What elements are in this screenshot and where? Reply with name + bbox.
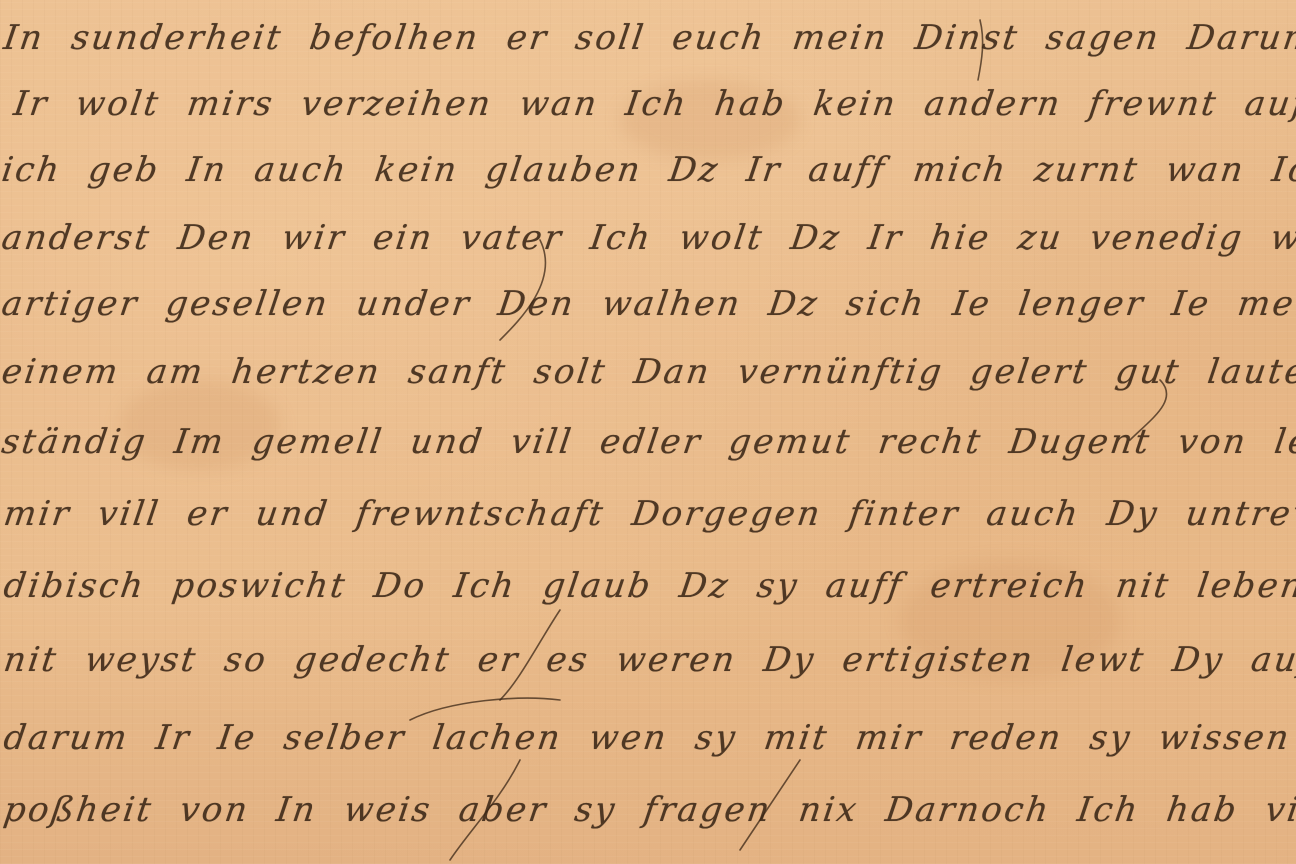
manuscript-line-7: ständig Im gemell und vill edler gemut r…: [0, 422, 1296, 462]
manuscript-line-11: darum Ir Ie selber lachen wen sy mit mir…: [1, 718, 1296, 758]
manuscript-line-1: In sunderheit befolhen er soll euch mein…: [1, 18, 1296, 58]
manuscript-page: In sunderheit befolhen er soll euch mein…: [0, 0, 1296, 864]
manuscript-line-5: artiger gesellen under Den walhen Dz sic…: [0, 284, 1296, 324]
manuscript-line-6: einem am hertzen sanft solt Dan vernünft…: [0, 352, 1296, 392]
manuscript-line-10: nit weyst so gedecht er es weren Dy erti…: [1, 640, 1296, 680]
manuscript-line-9: dibisch poswicht Do Ich glaub Dz sy auff…: [1, 566, 1296, 606]
manuscript-line-12: poßheit von In weis aber sy fragen nix D…: [1, 790, 1296, 830]
manuscript-line-4: anderst Den wir ein vater Ich wolt Dz Ir…: [0, 218, 1296, 258]
manuscript-line-8: mir vill er und frewntschaft Dorgegen fi…: [1, 494, 1296, 534]
manuscript-line-3: ich geb In auch kein glauben Dz Ir auff …: [0, 150, 1296, 190]
manuscript-line-2: Ir wolt mirs verzeihen wan Ich hab kein …: [11, 84, 1296, 124]
